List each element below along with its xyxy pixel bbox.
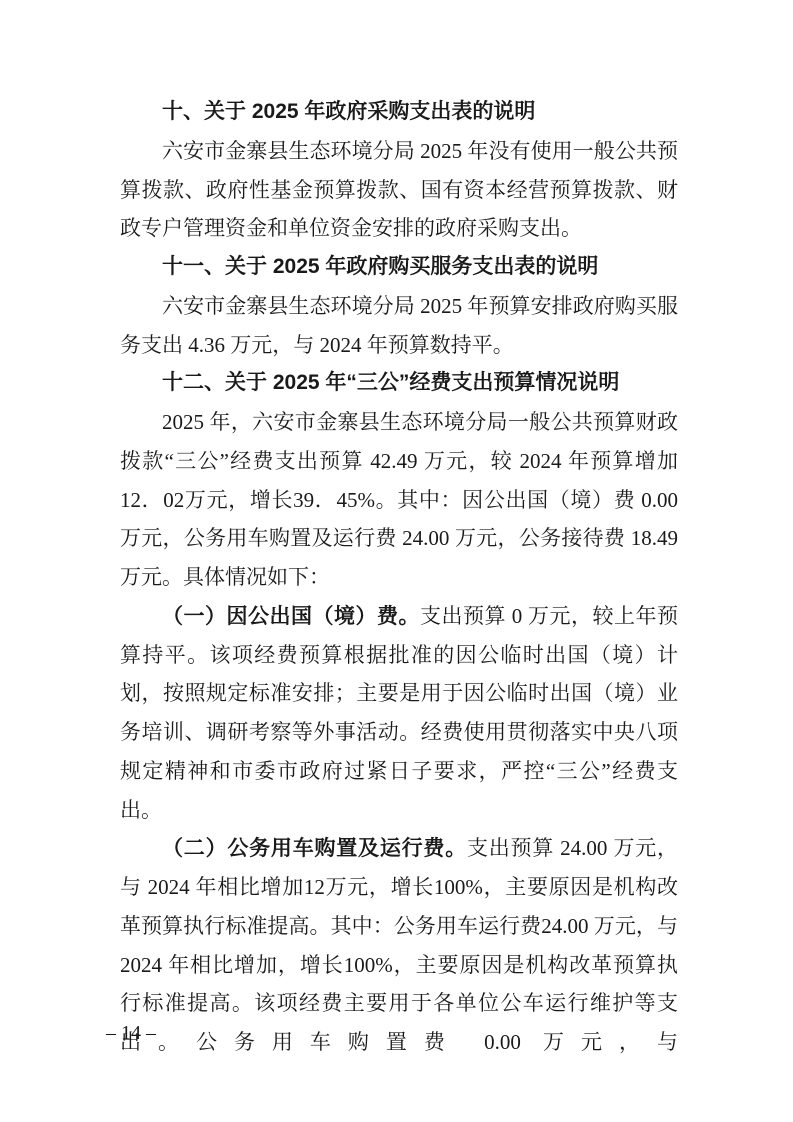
body-paragraph: 六安市金寨县生态环境分局 2025 年没有使用一般公共预算拨款、政府性基金预算拨… — [120, 132, 678, 248]
body-paragraph: （一）因公出国（境）费。支出预算 0 万元，较上年预算持平。该项经费预算根据批准… — [120, 597, 678, 830]
body-paragraph: 2025 年，六安市金寨县生态环境分局一般公共预算财政拨款“三公”经费支出预算 … — [120, 403, 678, 597]
page-number: – 14 – — [106, 1021, 156, 1045]
body-paragraph: 六安市金寨县生态环境分局 2025 年预算安排政府购买服务支出 4.36 万元，… — [120, 287, 678, 365]
section-heading: 十、关于 2025 年政府采购支出表的说明 — [120, 93, 678, 132]
document-page: 十、关于 2025 年政府采购支出表的说明六安市金寨县生态环境分局 2025 年… — [0, 0, 793, 1122]
body-paragraph: （二）公务用车购置及运行费。支出预算 24.00 万元，与 2024 年相比增加… — [120, 829, 678, 1062]
document-body: 十、关于 2025 年政府采购支出表的说明六安市金寨县生态环境分局 2025 年… — [120, 93, 678, 1062]
section-heading: 十二、关于 2025 年“三公”经费支出预算情况说明 — [120, 364, 678, 403]
section-heading: 十一、关于 2025 年政府购买服务支出表的说明 — [120, 248, 678, 287]
paragraph-lead: （一）因公出国（境）费。 — [162, 604, 420, 628]
paragraph-lead: （二）公务用车购置及运行费。 — [162, 836, 467, 860]
